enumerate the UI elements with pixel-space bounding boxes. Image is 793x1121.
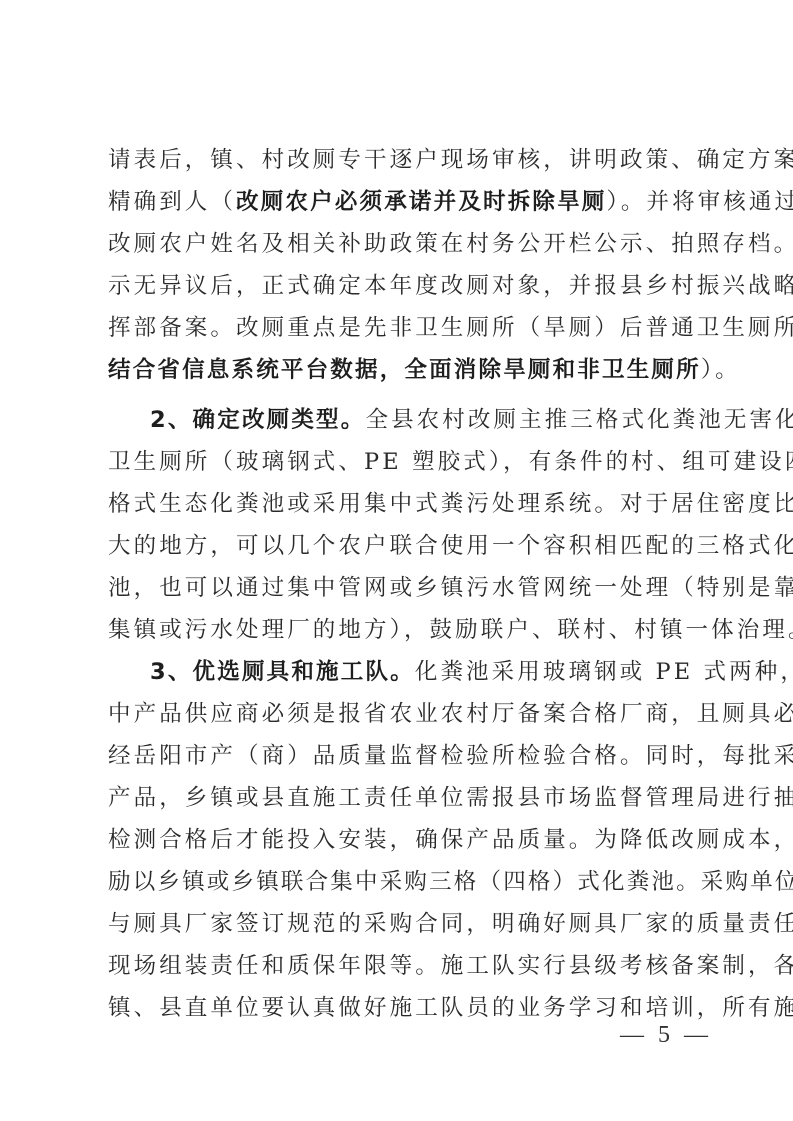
text-line: 检测合格后才能投入安装，确保产品质量。为降低改厕成本，鼓 — [108, 825, 684, 855]
text-span: 检测合格后才能投入安装，确保产品质量。为降低改厕成本，鼓 — [108, 827, 793, 853]
bold-text-span: 改厕农户必须承诺并及时拆除旱厕 — [236, 189, 607, 215]
text-span: 请表后，镇、村改厕专干逐户现场审核，讲明政策、确定方案、 — [108, 147, 793, 173]
text-line: 卫生厕所（玻璃钢式、PE 塑胶式），有条件的村、组可建设四 — [108, 447, 684, 477]
text-span: 格式生态化粪池或采用集中式粪污处理系统。对于居住密度比较 — [108, 491, 793, 517]
text-line: 精确到人（改厕农户必须承诺并及时拆除旱厕）。并将审核通过 — [108, 187, 684, 217]
text-line: 池，也可以通过集中管网或乡镇污水管网统一处理（特别是靠近 — [108, 573, 684, 603]
text-span: 挥部备案。改厕重点是先非卫生厕所（旱厕）后普通卫生厕所（ — [108, 315, 793, 341]
text-line: 产品，乡镇或县直施工责任单位需报县市场监督管理局进行抽样 — [108, 783, 684, 813]
text-span: ）。并将审核通过 — [607, 189, 793, 215]
section-heading-line: 3、优选厕具和施工队。化粪池采用玻璃钢或 PE 式两种，其 — [150, 657, 684, 687]
text-span: 卫生厕所（玻璃钢式、PE 塑胶式），有条件的村、组可建设四 — [108, 449, 793, 475]
text-span: 产品，乡镇或县直施工责任单位需报县市场监督管理局进行抽样 — [108, 785, 793, 811]
text-line: 结合省信息系统平台数据，全面消除旱厕和非卫生厕所）。 — [108, 355, 684, 385]
text-span: 与厕具厂家签订规范的采购合同，明确好厕具厂家的质量责任、 — [108, 911, 793, 937]
section-heading-line: 2、确定改厕类型。全县农村改厕主推三格式化粪池无害化 — [150, 405, 684, 435]
text-span: 励以乡镇或乡镇联合集中采购三格（四格）式化粪池。采购单位应 — [108, 869, 793, 895]
text-line: 经岳阳市产（商）品质量监督检验所检验合格。同时，每批采购 — [108, 741, 684, 771]
text-line: 与厕具厂家签订规范的采购合同，明确好厕具厂家的质量责任、 — [108, 909, 684, 939]
text-span: 改厕农户姓名及相关补助政策在村务公开栏公示、拍照存档。公 — [108, 231, 793, 257]
text-span: 集镇或污水处理厂的地方），鼓励联户、联村、村镇一体治理。 — [108, 617, 793, 643]
text-line: 示无异议后，正式确定本年度改厕对象，并报县乡村振兴战略指 — [108, 271, 684, 301]
text-span: 全县农村改厕主推三格式化粪池无害化 — [365, 407, 793, 433]
text-span: 大的地方，可以几个农户联合使用一个容积相匹配的三格式化粪 — [108, 533, 793, 559]
text-span: 现场组装责任和质保年限等。施工队实行县级考核备案制，各乡 — [108, 953, 793, 979]
section-heading: 2、确定改厕类型。 — [150, 407, 365, 433]
text-span: 化粪池采用玻璃钢或 PE 式两种，其 — [415, 659, 793, 685]
text-line: 格式生态化粪池或采用集中式粪污处理系统。对于居住密度比较 — [108, 489, 684, 519]
text-line: 请表后，镇、村改厕专干逐户现场审核，讲明政策、确定方案、 — [108, 145, 684, 175]
text-span: 精确到人（ — [108, 189, 236, 215]
text-span: ）。 — [701, 357, 741, 383]
section-heading: 3、优选厕具和施工队。 — [150, 659, 415, 685]
text-line: 改厕农户姓名及相关补助政策在村务公开栏公示、拍照存档。公 — [108, 229, 684, 259]
text-span: 示无异议后，正式确定本年度改厕对象，并报县乡村振兴战略指 — [108, 273, 793, 299]
text-span: 中产品供应商必须是报省农业农村厅备案合格厂商，且厕具必须 — [108, 701, 793, 727]
text-line: 大的地方，可以几个农户联合使用一个容积相匹配的三格式化粪 — [108, 531, 684, 561]
text-line: 集镇或污水处理厂的地方），鼓励联户、联村、村镇一体治理。 — [108, 615, 684, 645]
text-span: 镇、县直单位要认真做好施工队员的业务学习和培训，所有施工 — [108, 995, 793, 1021]
text-line: 现场组装责任和质保年限等。施工队实行县级考核备案制，各乡 — [108, 951, 684, 981]
text-line: 励以乡镇或乡镇联合集中采购三格（四格）式化粪池。采购单位应 — [108, 867, 684, 897]
text-line: 挥部备案。改厕重点是先非卫生厕所（旱厕）后普通卫生厕所（要 — [108, 313, 684, 343]
text-line: 镇、县直单位要认真做好施工队员的业务学习和培训，所有施工 — [108, 993, 684, 1023]
page-number: — 5 — — [620, 1022, 712, 1049]
document-page: 请表后，镇、村改厕专干逐户现场审核，讲明政策、确定方案、 精确到人（改厕农户必须… — [0, 0, 793, 1121]
text-span: 经岳阳市产（商）品质量监督检验所检验合格。同时，每批采购 — [108, 743, 793, 769]
text-span: 池，也可以通过集中管网或乡镇污水管网统一处理（特别是靠近 — [108, 575, 793, 601]
text-line: 中产品供应商必须是报省农业农村厅备案合格厂商，且厕具必须 — [108, 699, 684, 729]
bold-text-span: 结合省信息系统平台数据，全面消除旱厕和非卫生厕所 — [108, 357, 701, 383]
